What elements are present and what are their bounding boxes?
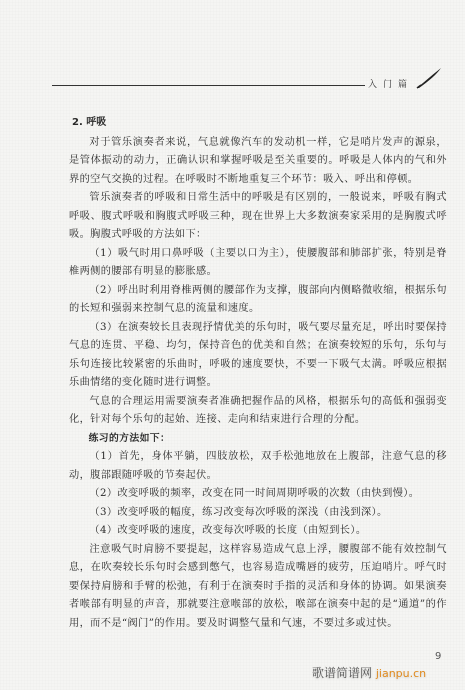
header-rule [52, 85, 365, 86]
paragraph: （2）呼出时利用脊椎两侧的腰部作为支撑，腹部向内侧略微收缩，根据乐句的长短和强弱… [69, 282, 447, 319]
paragraph: 对于管乐演奏者来说，气息就像汽车的发动机一样，它是哨片发声的源泉，是管体振动的动… [69, 134, 447, 190]
book-page: 入门篇 2. 呼吸 对于管乐演奏者来说，气息就像汽车的发动机一样，它是哨片发声的… [0, 0, 465, 690]
closing-paragraph: 注意吸气时肩膀不要提起，这样容易造成气息上浮，腰腹部不能有效控制气息，在吹奏较长… [69, 541, 447, 634]
paragraph: 气息的合理运用需要演奏者准确把握作品的风格，根据乐句的高低和强弱变化，针对每个乐… [69, 393, 447, 430]
site-watermark: 歌谱简谱网 jianpu.cn [312, 664, 426, 681]
exercise-item: （1）首先，身体平躺，四肢放松，双手松弛地放在上腹部，注意气息的移动，腹部跟随呼… [69, 448, 447, 485]
paragraph: （3）在演奏较长且表现抒情优美的乐句时，吸气要尽量充足，呼出时要保持气息的连贯、… [69, 319, 447, 393]
quill-pen-icon [415, 66, 443, 90]
body-text: 2. 呼吸 对于管乐演奏者来说，气息就像汽车的发动机一样，它是哨片发声的源泉，是… [69, 114, 447, 633]
exercise-item: （3）改变呼吸的幅度，练习改变每次呼吸的深浅（由浅到深）。 [69, 504, 447, 523]
exercise-item: （4）改变呼吸的速度，改变每次呼吸的长度（由短到长）。 [69, 522, 447, 541]
watermark-cn: 歌谱简谱网 [312, 666, 372, 680]
page-number: 9 [435, 651, 441, 662]
paragraph: （1）吸气时用口鼻呼吸（主要以口为主），使腰腹部和肺部扩张，特别是脊椎两侧的腰部… [69, 245, 447, 282]
running-title: 入门篇 [368, 78, 413, 92]
exercise-item: （2）改变呼吸的频率，改变在同一时间周期呼吸的次数（由快到慢）。 [69, 485, 447, 504]
exercise-heading: 练习的方法如下： [69, 430, 447, 449]
section-title: 2. 呼吸 [72, 114, 447, 133]
running-header: 入门篇 [52, 78, 437, 92]
paragraph: 管乐演奏者的呼吸和日常生活中的呼吸是有区别的，一般说来，呼吸有胸式呼吸、腹式呼吸… [69, 189, 447, 245]
watermark-en: jianpu.cn [376, 667, 426, 680]
